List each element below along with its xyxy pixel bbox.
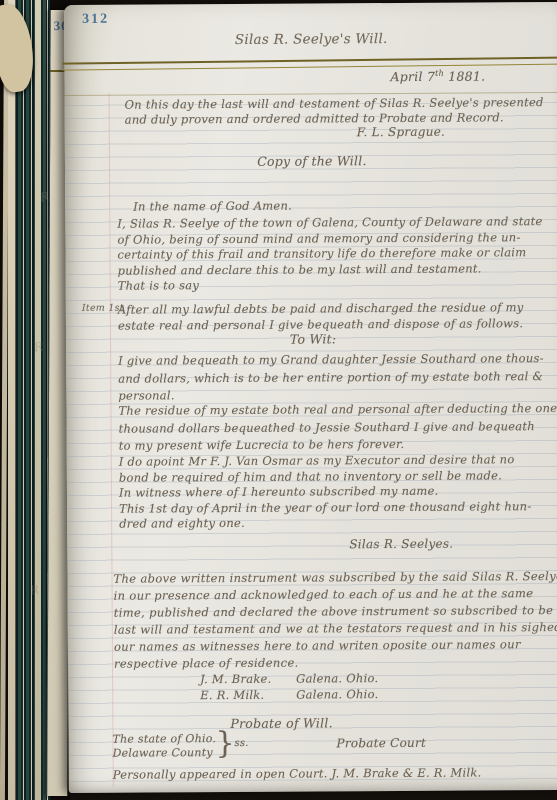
text-line: thousand dollars bequeathed to Jessie So… [119, 417, 557, 437]
probate-heading: Probate of Will. [230, 715, 333, 731]
text-line: That is to say [118, 276, 543, 294]
text-line: I do apoint Mr F. J. Van Osmar as my Exe… [119, 452, 515, 470]
testator-signature: Silas R. Seelyes. [349, 537, 453, 552]
court-label: Probate Court [336, 736, 426, 751]
to-wit-heading: To Wit: [66, 330, 557, 348]
ss-label: ss. [234, 738, 248, 749]
venue-brace: } [215, 726, 234, 761]
record-date-year: 1881. [448, 69, 485, 84]
witness-residence: Galena. Ohio. [296, 687, 378, 703]
executor-clause: I do apoint Mr F. J. Van Osmar as my Exe… [119, 452, 515, 485]
ledger-photo: { "page": { "number": "312", "number_beh… [0, 0, 557, 800]
venue-caption: The state of Ohio. Delaware County [112, 732, 216, 760]
page-title: Silas R. Seelye's Will. [64, 30, 557, 49]
text-line: and dollars, which is to be her entire p… [118, 368, 544, 388]
judge-signature: F. L. Sprague. [357, 125, 445, 140]
leaf-edge-strip [8, 0, 16, 800]
folio-number: 312 [82, 12, 109, 28]
probate-entry-note: On this day the last will and testament … [125, 95, 544, 128]
record-date-day: April 7 [390, 69, 435, 84]
will-preamble: I, Silas R. Seelye of the town of Galena… [117, 214, 543, 294]
residue-clause: The residue of my estate both real and p… [118, 400, 557, 455]
witness-row: E. R. Milk. Galena. Ohio. [68, 685, 557, 704]
text-line: published and declare this to be my last… [118, 261, 543, 279]
witness-list: J. M. Brake. Galena. Ohio. E. R. Milk. G… [68, 670, 557, 704]
text-line: dred and eighty one. [119, 514, 531, 532]
text-line: The residue of my estate both real and p… [118, 400, 557, 420]
witness-name: E. R. Milk. [200, 687, 296, 703]
text-line: and duly proven and ordered admitted to … [125, 110, 544, 128]
appearance-line: Personally appeared in open Court. J. M.… [113, 765, 482, 781]
item-first-clause: After all my lawful debts be paid and di… [118, 299, 524, 333]
copy-heading: Copy of the Will. [65, 152, 557, 170]
text-line: our names as witnesses here to and write… [114, 636, 557, 656]
witness-name: J. M. Brake. [200, 672, 296, 688]
bequest-clause: I give and bequeath to my Grand daughter… [118, 350, 544, 405]
attestation-paragraph: The above written instrument was subscri… [113, 568, 557, 673]
venue-county: Delaware County [113, 746, 217, 760]
record-date-ordinal: th [435, 69, 444, 78]
record-date: April 7th 1881. [390, 68, 485, 84]
text-line: I give and bequeath to my Grand daughter… [118, 350, 544, 370]
venue-state: The state of Ohio. [112, 732, 216, 746]
text-line: This 1st day of April in the year of our… [119, 499, 531, 517]
ledger-page: 312 Silas R. Seelye's Will. April 7th 18… [64, 2, 557, 793]
witness-residence: Galena. Ohio. [296, 671, 378, 687]
invocation-line: In the name of God Amen. [133, 199, 292, 214]
leaf-edge-strip-marbled [16, 0, 35, 800]
witness-clause: In witness where of I hereunto subscribe… [119, 483, 532, 532]
